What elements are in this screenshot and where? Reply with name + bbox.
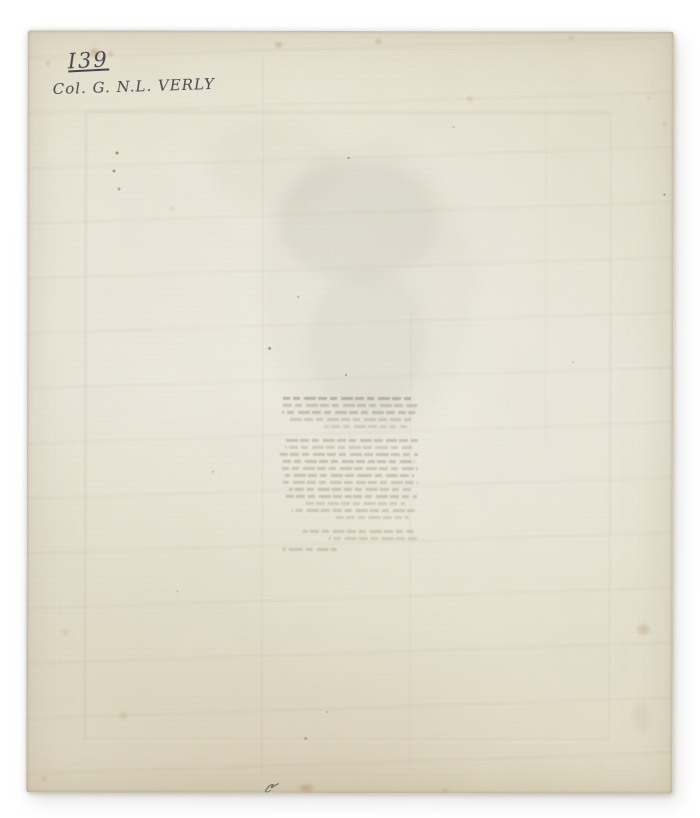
paper-speck bbox=[304, 737, 307, 740]
foxing-stain bbox=[465, 94, 475, 103]
foxing-stain bbox=[39, 774, 49, 783]
showthrough-text-line bbox=[306, 502, 405, 505]
specks-layer bbox=[28, 30, 674, 31]
showthrough-text-line bbox=[335, 516, 409, 519]
showthrough-text-line bbox=[289, 488, 411, 491]
photo-backdrop: I39 Col. G. N.L. VERLY bbox=[0, 0, 700, 818]
paper-speck bbox=[268, 347, 271, 350]
foxing-stain bbox=[633, 621, 655, 639]
foxing-stain bbox=[646, 96, 653, 102]
foxing-stain bbox=[273, 40, 285, 50]
showthrough-text-line bbox=[283, 481, 418, 484]
paper-sheet: I39 Col. G. N.L. VERLY bbox=[26, 30, 674, 793]
foxing-stains-layer bbox=[28, 30, 674, 31]
paper-speck bbox=[572, 361, 574, 363]
foxing-stain bbox=[626, 692, 656, 742]
foxing-stain bbox=[661, 121, 669, 129]
showthrough-text-line bbox=[283, 548, 337, 551]
paper-speck bbox=[116, 152, 119, 155]
paper-speck bbox=[297, 296, 299, 298]
pencil-squiggle-mark bbox=[263, 781, 281, 795]
inventory-number-handwriting: I39 bbox=[67, 47, 109, 73]
creases-layer bbox=[28, 30, 674, 31]
foxing-stain bbox=[439, 786, 451, 794]
paper-speck bbox=[348, 157, 350, 159]
showthrough-text-line bbox=[324, 425, 406, 428]
paper-speck bbox=[212, 471, 214, 473]
paper-speck bbox=[117, 188, 120, 191]
foxing-stain bbox=[60, 627, 72, 637]
paper-speck bbox=[326, 711, 328, 713]
paper-speck bbox=[663, 194, 665, 196]
showthrough-text-block bbox=[276, 397, 418, 575]
showthrough-text-line bbox=[282, 404, 418, 407]
foxing-stain bbox=[116, 710, 130, 722]
showthrough-text-line bbox=[282, 439, 418, 442]
showthrough-text-line bbox=[286, 495, 417, 498]
foxing-stain bbox=[373, 37, 384, 46]
showthrough-text-line bbox=[287, 418, 412, 421]
showthrough-text-line bbox=[283, 397, 411, 400]
print-showthrough-blob bbox=[207, 121, 337, 211]
showthrough-text-line bbox=[328, 537, 416, 540]
showthrough-text-line bbox=[280, 453, 418, 456]
foxing-stain bbox=[44, 59, 52, 67]
paper-speck bbox=[113, 170, 116, 173]
showthrough-text-line bbox=[282, 411, 415, 414]
showthrough-text-line bbox=[284, 446, 412, 449]
foxing-stain bbox=[168, 205, 176, 213]
paper-speck bbox=[177, 591, 179, 593]
showthrough-text-line bbox=[282, 467, 418, 470]
showthrough-text-line bbox=[284, 474, 413, 477]
showthrough-text-line bbox=[303, 530, 414, 533]
foxing-stain bbox=[295, 782, 317, 794]
foxing-stain bbox=[567, 34, 576, 41]
showthrough-text-line bbox=[291, 509, 415, 512]
showthrough-text-line bbox=[283, 460, 415, 463]
paper-speck bbox=[345, 374, 347, 376]
paper-speck bbox=[453, 126, 455, 128]
collector-name-handwriting: Col. G. N.L. VERLY bbox=[52, 75, 215, 98]
